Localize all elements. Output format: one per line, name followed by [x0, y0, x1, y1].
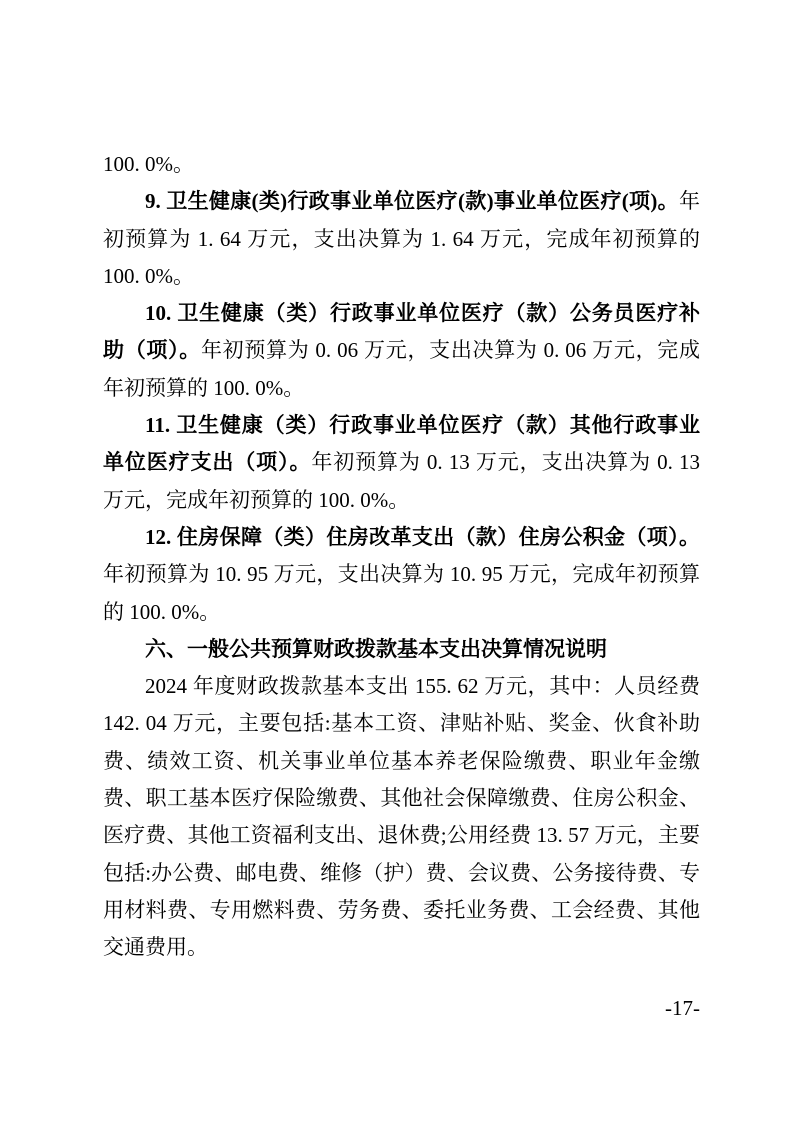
budget-item-10: 10. 卫生健康（类）行政事业单位医疗（款）公务员医疗补助（项）。年初预算为 0…	[103, 295, 700, 407]
section-6-body: 2024 年度财政拨款基本支出 155. 62 万元，其中：人员经费 142. …	[103, 668, 700, 966]
document-text-block: 100. 0%。 9. 卫生健康(类)行政事业单位医疗(款)事业单位医疗(项)。…	[103, 146, 700, 967]
page-number: -17-	[665, 996, 700, 1021]
budget-item-12: 12. 住房保障（类）住房改革支出（款）住房公积金（项）。年初预算为 10. 9…	[103, 519, 700, 631]
paragraph-continuation: 100. 0%。	[103, 146, 700, 183]
budget-item-12-heading: 12. 住房保障（类）住房改革支出（款）住房公积金（项）。	[145, 525, 700, 549]
budget-item-11: 11. 卫生健康（类）行政事业单位医疗（款）其他行政事业单位医疗支出（项）。年初…	[103, 407, 700, 519]
document-page: 100. 0%。 9. 卫生健康(类)行政事业单位医疗(款)事业单位医疗(项)。…	[0, 0, 793, 1122]
section-6-heading: 六、一般公共预算财政拨款基本支出决算情况说明	[103, 631, 700, 668]
budget-item-12-body: 年初预算为 10. 95 万元，支出决算为 10. 95 万元，完成年初预算的 …	[103, 562, 700, 623]
budget-item-9: 9. 卫生健康(类)行政事业单位医疗(款)事业单位医疗(项)。年初预算为 1. …	[103, 183, 700, 295]
budget-item-9-heading: 9. 卫生健康(类)行政事业单位医疗(款)事业单位医疗(项)。	[145, 189, 679, 213]
